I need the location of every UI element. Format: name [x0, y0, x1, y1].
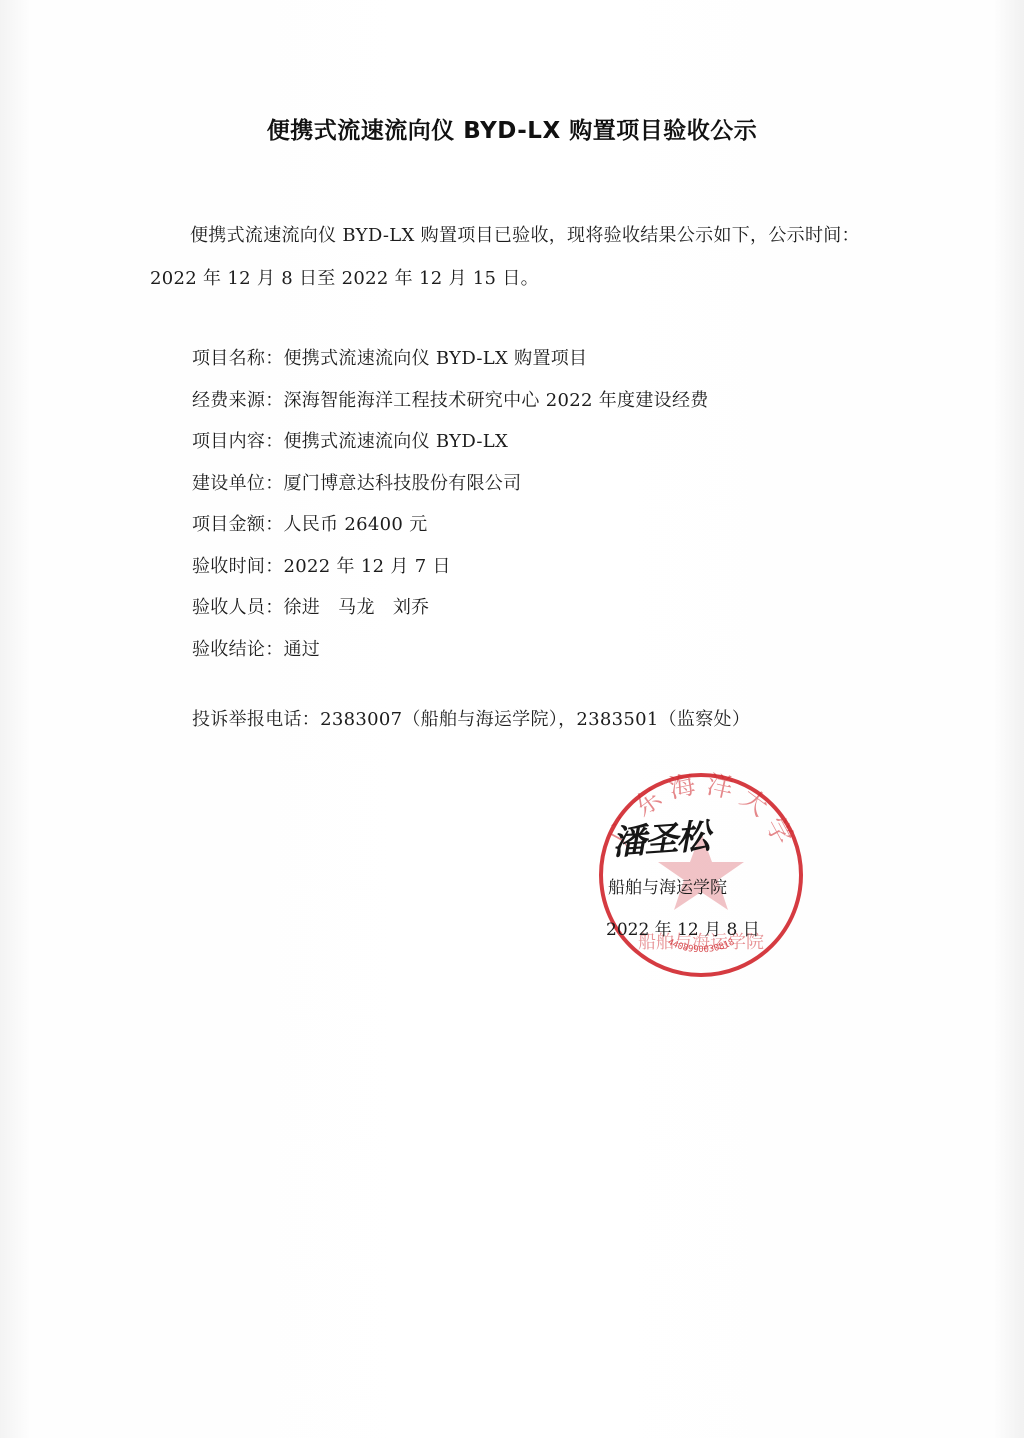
field-label: 验收结论：	[192, 639, 284, 660]
field-value: 厦门博意达科技股份有限公司	[284, 473, 522, 494]
seal-date: 2022 年 12 月 8 日	[606, 915, 760, 940]
field-funding-source: 经费来源：深海智能海洋工程技术研究中心 2022 年度建设经费	[192, 380, 709, 422]
field-acceptance-staff: 验收人员：徐进 马龙 刘乔	[192, 587, 709, 629]
field-value: 徐进 马龙 刘乔	[284, 597, 430, 618]
field-value: 通过	[284, 639, 321, 660]
field-conclusion: 验收结论：通过	[192, 629, 709, 671]
field-project-name: 项目名称：便携式流速流向仪 BYD-LX 购置项目	[192, 338, 709, 380]
field-acceptance-date: 验收时间：2022 年 12 月 7 日	[192, 546, 709, 588]
field-label: 经费来源：	[192, 390, 284, 411]
field-value: 2022 年 12 月 7 日	[284, 556, 451, 577]
field-label: 验收人员：	[192, 597, 284, 618]
field-contractor: 建设单位：厦门博意达科技股份有限公司	[192, 463, 709, 505]
field-label: 项目内容：	[192, 431, 284, 452]
field-amount: 项目金额：人民币 26400 元	[192, 504, 709, 546]
complaint-hotline: 投诉举报电话：2383007（船舶与海运学院），2383501（监察处）	[192, 700, 750, 740]
project-fields: 项目名称：便携式流速流向仪 BYD-LX 购置项目 经费来源：深海智能海洋工程技…	[192, 338, 709, 670]
document-title: 便携式流速流向仪 BYD-LX 购置项目验收公示	[0, 112, 1024, 145]
signature: 潘圣松	[610, 809, 709, 865]
intro-paragraph: 便携式流速流向仪 BYD-LX 购置项目已验收，现将验收结果公示如下，公示时间：…	[150, 214, 880, 300]
document-page: 便携式流速流向仪 BYD-LX 购置项目验收公示 便携式流速流向仪 BYD-LX…	[0, 0, 1024, 1438]
field-label: 项目金额：	[192, 514, 284, 535]
field-label: 建设单位：	[192, 473, 284, 494]
field-project-content: 项目内容：便携式流速流向仪 BYD-LX	[192, 421, 709, 463]
field-value: 人民币 26400 元	[284, 514, 428, 535]
field-value: 便携式流速流向仪 BYD-LX 购置项目	[284, 348, 588, 369]
field-label: 项目名称：	[192, 348, 284, 369]
seal-organization: 船舶与海运学院	[608, 873, 727, 898]
field-value: 深海智能海洋工程技术研究中心 2022 年度建设经费	[284, 390, 709, 411]
field-label: 验收时间：	[192, 556, 284, 577]
field-value: 便携式流速流向仪 BYD-LX	[284, 431, 509, 452]
